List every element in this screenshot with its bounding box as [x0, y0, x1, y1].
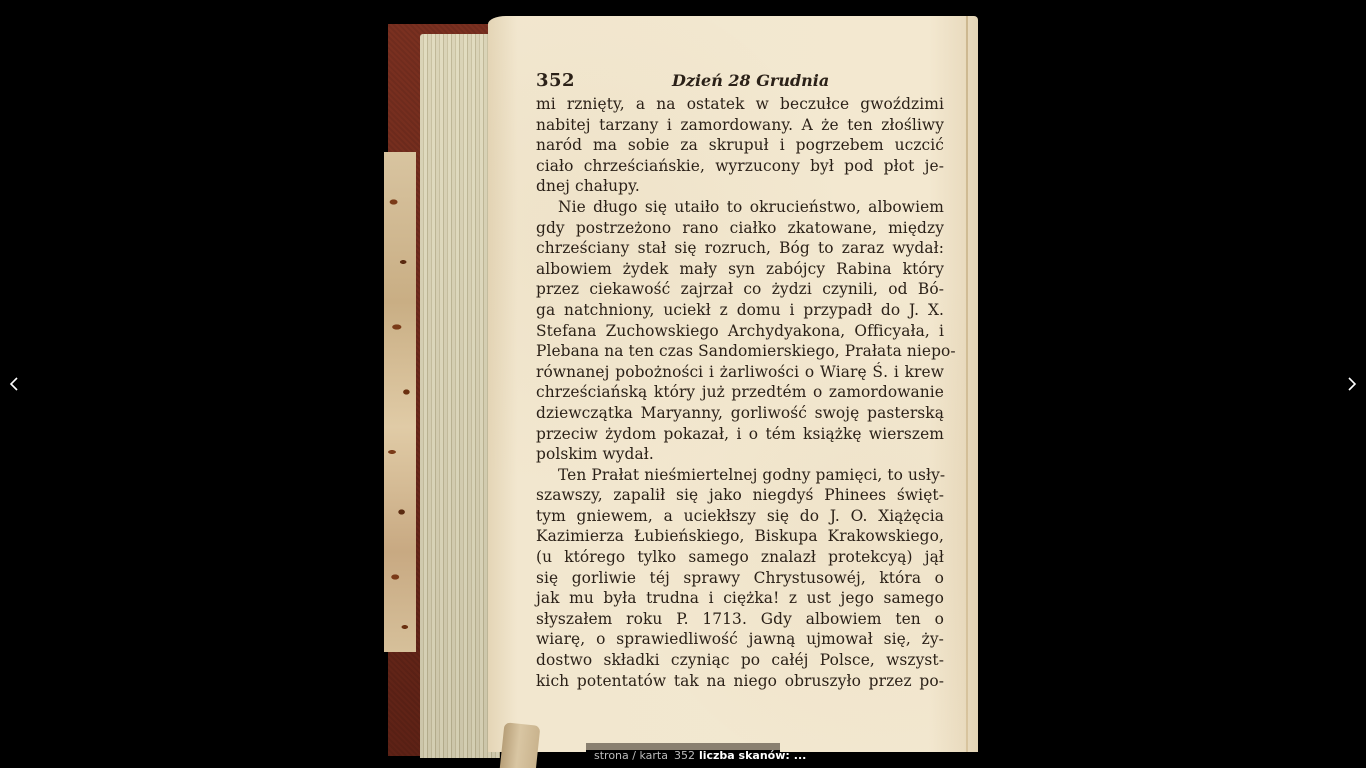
- page-value: 352: [674, 749, 695, 762]
- text-line: Stefana Zuchowskiego Archydyakona, Offic…: [536, 321, 944, 342]
- text-line: kich potentatów tak na niego obruszyło p…: [536, 671, 944, 692]
- text-line: ciało chrześciańskie, wyrzucony był pod …: [536, 156, 944, 177]
- scan-count-label: liczba skanów:: [699, 749, 790, 762]
- text-line: słyszałem roku P. 1713. Gdy albowiem ten…: [536, 609, 944, 630]
- text-line: (u którego tylko samego znalazł protekcy…: [536, 547, 944, 568]
- text-line: przeciw żydom pokazał, i o tém książkę w…: [536, 424, 944, 445]
- page-text: mi rznięty, a na ostatek w beczułce gwoź…: [536, 94, 944, 691]
- running-head-title: Dzień 28 Grudnia: [672, 71, 829, 90]
- status-text: strona / karta352liczba skanów:...: [594, 749, 806, 763]
- text-line: polskim wydał.: [536, 444, 944, 465]
- text-line: szawszy, zapalił się jako niegdyś Phinee…: [536, 485, 944, 506]
- chevron-left-icon: [8, 376, 20, 392]
- scan-count-value: ...: [794, 749, 807, 762]
- chevron-right-icon: [1346, 376, 1358, 392]
- page-content: 352 Dzień 28 Grudnia mi rznięty, a na os…: [536, 70, 944, 691]
- previous-page-button[interactable]: [0, 368, 28, 400]
- next-page-button[interactable]: [1338, 368, 1366, 400]
- status-bar: strona / karta352liczba skanów:...: [586, 743, 780, 768]
- text-line: chrześciany stał się rozruch, Bóg to zar…: [536, 238, 944, 259]
- text-line: przez ciekawość zajrzał co żydzi czynili…: [536, 279, 944, 300]
- book-page: 352 Dzień 28 Grudnia mi rznięty, a na os…: [488, 16, 978, 752]
- book-scan-image: 352 Dzień 28 Grudnia mi rznięty, a na os…: [380, 12, 988, 768]
- text-line: Nie długo się utaiło to okrucieństwo, al…: [536, 197, 944, 218]
- page-fold: [966, 16, 968, 752]
- text-line: Ten Prałat nieśmiertelnej godny pamięci,…: [536, 465, 944, 486]
- running-head: 352 Dzień 28 Grudnia: [536, 70, 944, 94]
- text-line: Plebana na ten czas Sandomierskiego, Pra…: [536, 341, 944, 362]
- marbled-endpaper: [384, 152, 416, 652]
- text-line: gdy postrzeżono rano ciałko zkatowane, m…: [536, 218, 944, 239]
- text-line: tym gniewem, a uciekłszy się do J. O. Xi…: [536, 506, 944, 527]
- page-number: 352: [536, 70, 576, 91]
- text-line: naród ma sobie za skrupuł i pogrzebem uc…: [536, 135, 944, 156]
- text-line: jak mu była trudna i ciężka! z ust jego …: [536, 588, 944, 609]
- text-line: mi rznięty, a na ostatek w beczułce gwoź…: [536, 94, 944, 115]
- bookmark-tab: [500, 722, 541, 768]
- text-line: ga natchniony, uciekł z domu i przypadł …: [536, 300, 944, 321]
- text-line: dnej chałupy.: [536, 176, 944, 197]
- text-line: się gorliwie téj sprawy Chrystusowéj, kt…: [536, 568, 944, 589]
- text-line: dostwo składki czyniąc po całéj Polsce, …: [536, 650, 944, 671]
- text-line: równanej pobożności i żarliwości o Wiarę…: [536, 362, 944, 383]
- text-line: dziewczątka Maryanny, gorliwość swoję pa…: [536, 403, 944, 424]
- text-line: albowiem żydek mały syn zabójcy Rabina k…: [536, 259, 944, 280]
- text-line: nabitej tarzany i zamordowany. A że ten …: [536, 115, 944, 136]
- text-line: chrześciańską który już przedtém o zamor…: [536, 382, 944, 403]
- page-label: strona / karta: [594, 749, 668, 762]
- text-line: wiarę, o sprawiedliwość jawną ujmował si…: [536, 629, 944, 650]
- text-line: Kazimierza Łubieńskiego, Biskupa Krakows…: [536, 526, 944, 547]
- scan-viewer: 352 Dzień 28 Grudnia mi rznięty, a na os…: [0, 0, 1366, 768]
